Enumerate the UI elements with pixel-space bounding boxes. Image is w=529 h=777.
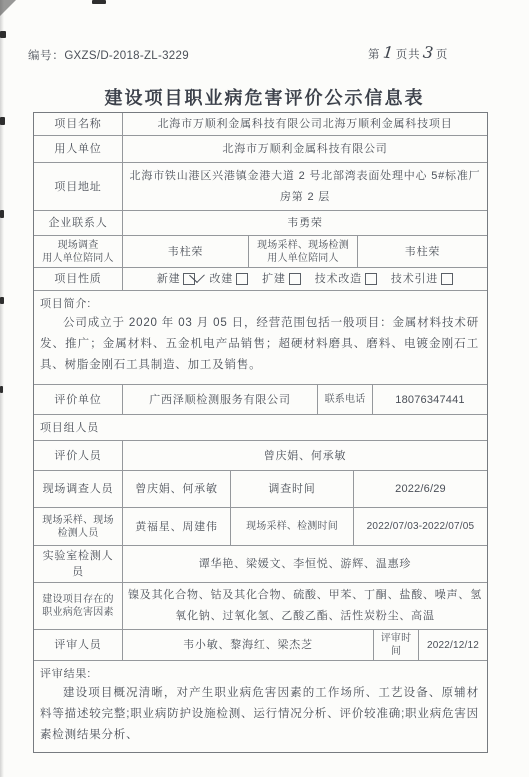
checkbox-new-build (183, 273, 195, 285)
survey-escort-label: 现场调查 用人单位陪同人 (34, 236, 123, 267)
page-info-mid: 页共 (396, 49, 421, 61)
option-new-build: 新建 (157, 271, 196, 287)
row-project-intro: 项目简介: 公司成立于 2020 年 03 月 05 日，经营范围包括一般项目：… (34, 291, 487, 385)
survey-time-label: 调查时间 (231, 471, 354, 507)
document-header: 编号：GXZS/D-2018-ZL-3229 第1页共3页 (0, 40, 529, 66)
row-eval-staff: 评价人员 曾庆娟、何承敏 (34, 441, 487, 471)
project-nature-label: 项目性质 (34, 268, 123, 290)
document-number: 编号：GXZS/D-2018-ZL-3229 (28, 47, 189, 63)
phone-value: 18076347441 (373, 385, 487, 414)
eval-staff-label: 评价人员 (34, 441, 123, 470)
review-time-label: 评审时间 (374, 630, 419, 660)
sampling-time-value: 2022/07/03-2022/07/05 (354, 508, 487, 545)
row-survey-staff: 现场调查人员 曾庆娟、何承敏 调查时间 2022/6/29 (34, 471, 487, 508)
checkbox-tech-import (441, 273, 453, 285)
company-contact-label: 企业联系人 (34, 211, 123, 235)
project-nature-options: 新建 改建 扩建 技术改造 技术引进 (123, 268, 487, 290)
review-result: 评审结果: 建设项目概况清晰，对产生职业病危害因素的工作场所、工艺设备、原辅材料… (34, 661, 487, 752)
review-time-value: 2022/12/12 (419, 630, 487, 660)
scan-mark (0, 117, 5, 125)
scanned-document-page: 编号：GXZS/D-2018-ZL-3229 第1页共3页 建设项目职业病危害评… (0, 0, 529, 777)
row-address: 项目地址 北海市铁山港区兴港镇金港大道 2 号北部湾表面处理中心 5#标准厂房第… (34, 163, 487, 211)
option-rebuild: 改建 (209, 271, 248, 287)
lab-staff-value: 谭华艳、梁媛文、李恒悦、游辉、温惠珍 (123, 546, 487, 582)
team-header: 项目组人员 (34, 415, 487, 440)
project-intro-text: 公司成立于 2020 年 03 月 05 日，经营范围包括一般项目：金属材料技术… (40, 313, 479, 376)
scan-mark (0, 297, 4, 304)
evaluator-label: 评价单位 (34, 385, 123, 414)
sampling-staff-value: 黄福星、周建伟 (123, 508, 231, 545)
sampling-staff-label: 现场采样、现场检测人员 (34, 508, 123, 545)
option-tech-upgrade: 技术改造 (315, 271, 377, 287)
page-total-handwritten: 3 (422, 42, 435, 62)
hazards-label: 建设项目存在的职业病危害因素 (34, 583, 123, 629)
page-number-info: 第1页共3页 (368, 43, 448, 62)
scan-mark (0, 210, 4, 218)
option-tech-import: 技术引进 (391, 271, 453, 287)
lab-staff-label: 实验室检测人员 (34, 546, 123, 582)
document-title: 建设项目职业病危害评价公示信息表 (0, 84, 529, 110)
row-lab-staff: 实验室检测人员 谭华艳、梁媛文、李恒悦、游辉、温惠珍 (34, 546, 487, 583)
survey-escort-value: 韦柱荣 (123, 236, 249, 267)
scan-mark (0, 31, 6, 38)
address-value: 北海市铁山港区兴港镇金港大道 2 号北部湾表面处理中心 5#标准厂房第 2 层 (123, 163, 487, 210)
address-label: 项目地址 (34, 163, 123, 210)
review-staff-value: 韦小敏、黎海红、梁杰芝 (123, 630, 374, 660)
row-team-header: 项目组人员 (34, 415, 487, 441)
row-project-nature: 项目性质 新建 改建 扩建 技术改造 技术引进 (34, 268, 487, 291)
row-hazards: 建设项目存在的职业病危害因素 镍及其化合物、钴及其化合物、硫酸、甲苯、丁酮、盐酸… (34, 583, 487, 630)
project-name-value: 北海市万顺利金属科技有限公司北海万顺利金属科技项目 (123, 113, 487, 135)
document-number-value: GXZS/D-2018-ZL-3229 (64, 50, 189, 62)
survey-staff-value: 曾庆娟、何承敏 (123, 471, 231, 507)
project-name-label: 项目名称 (34, 113, 123, 135)
phone-label: 联系电话 (318, 385, 373, 414)
row-review-result: 评审结果: 建设项目概况清晰，对产生职业病危害因素的工作场所、工艺设备、原辅材料… (34, 661, 487, 752)
scan-mark (92, 0, 106, 4)
sampling-time-label: 现场采样、检测时间 (231, 508, 354, 545)
survey-time-value: 2022/6/29 (354, 471, 487, 507)
checkbox-tech-upgrade (365, 273, 377, 285)
review-result-label: 评审结果: (40, 665, 479, 683)
review-result-text: 建设项目概况清晰，对产生职业病危害因素的工作场所、工艺设备、原辅材料等描述较完整… (40, 683, 479, 746)
evaluator-value: 广西泽顺检测服务有限公司 (123, 385, 318, 414)
row-escorts: 现场调查 用人单位陪同人 韦柱荣 现场采样、现场检测 用人单位陪同人 韦柱荣 (34, 236, 487, 268)
page-current-handwritten: 1 (382, 42, 395, 62)
checkbox-rebuild (236, 273, 248, 285)
employer-label: 用人单位 (34, 136, 123, 162)
survey-staff-label: 现场调查人员 (34, 471, 123, 507)
option-expand: 扩建 (262, 271, 301, 287)
document-number-label: 编号： (28, 50, 64, 62)
info-table: 项目名称 北海市万顺利金属科技有限公司北海万顺利金属科技项目 用人单位 北海市万… (33, 112, 488, 753)
page-info-prefix: 第 (368, 49, 381, 61)
employer-value: 北海市万顺利金属科技有限公司 (123, 136, 487, 162)
sampling-escort-label: 现场采样、现场检测 用人单位陪同人 (249, 236, 358, 267)
row-sampling-staff: 现场采样、现场检测人员 黄福星、周建伟 现场采样、检测时间 2022/07/03… (34, 508, 487, 546)
page-info-suffix: 页 (436, 49, 449, 61)
review-staff-label: 评审人员 (34, 630, 123, 660)
scan-corner-artifact (0, 0, 16, 16)
checkbox-expand (289, 273, 301, 285)
row-company-contact: 企业联系人 韦勇荣 (34, 211, 487, 236)
company-contact-value: 韦勇荣 (123, 211, 487, 235)
hazards-value: 镍及其化合物、钴及其化合物、硫酸、甲苯、丁酮、盐酸、噪声、氢氧化钠、过氧化氢、乙… (123, 583, 487, 629)
row-project-name: 项目名称 北海市万顺利金属科技有限公司北海万顺利金属科技项目 (34, 113, 487, 136)
row-evaluator: 评价单位 广西泽顺检测服务有限公司 联系电话 18076347441 (34, 385, 487, 415)
row-employer: 用人单位 北海市万顺利金属科技有限公司 (34, 136, 487, 163)
eval-staff-value: 曾庆娟、何承敏 (123, 441, 487, 470)
project-intro-label: 项目简介: (40, 295, 479, 313)
row-review-staff: 评审人员 韦小敏、黎海红、梁杰芝 评审时间 2022/12/12 (34, 630, 487, 661)
sampling-escort-value: 韦柱荣 (358, 236, 487, 267)
scan-mark (0, 386, 3, 393)
project-intro: 项目简介: 公司成立于 2020 年 03 月 05 日，经营范围包括一般项目：… (34, 291, 487, 384)
